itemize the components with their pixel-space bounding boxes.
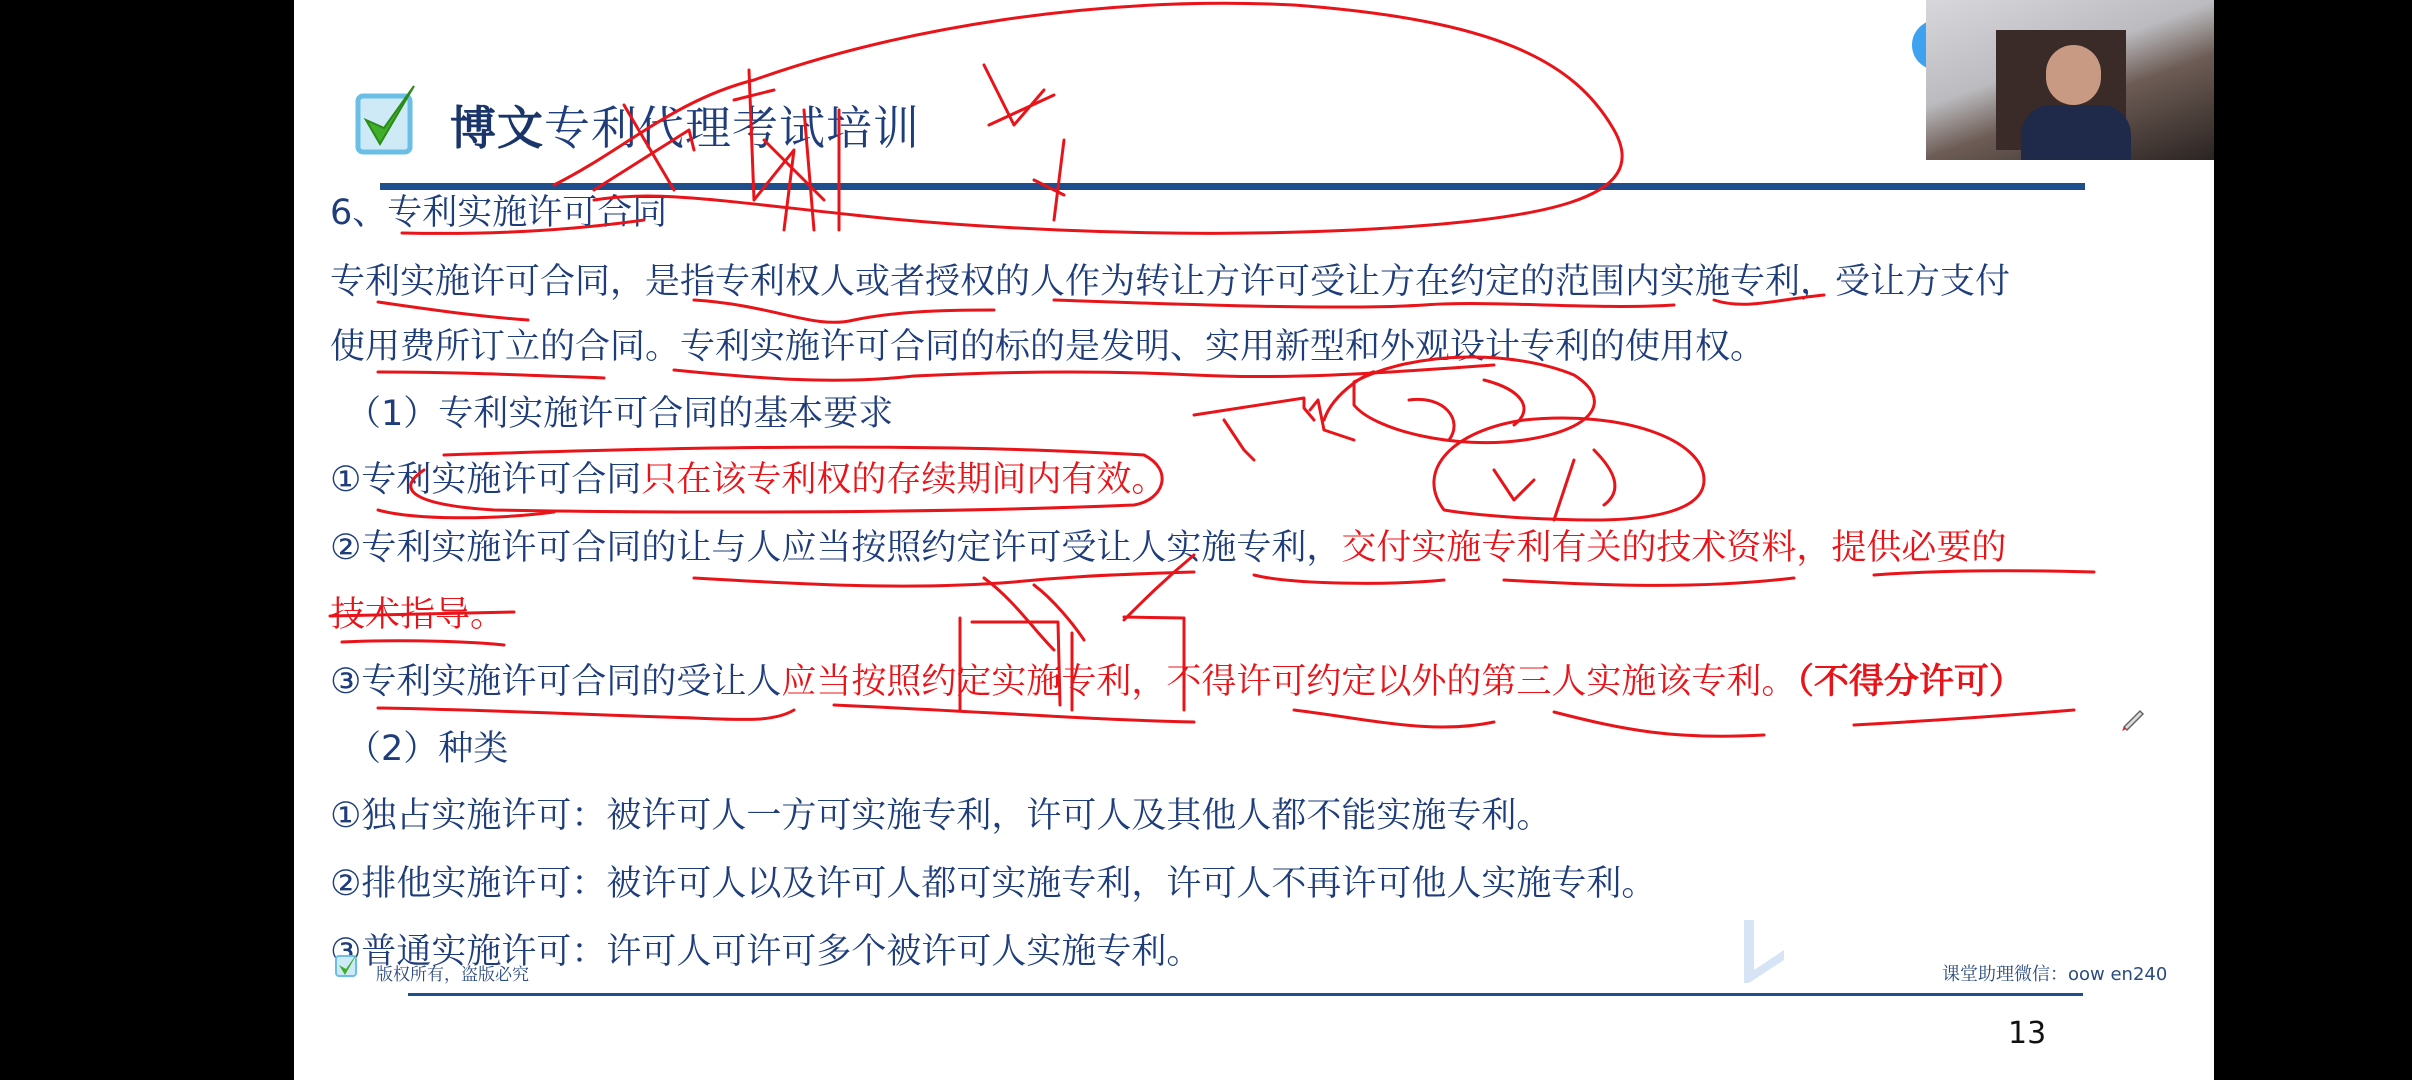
req3-note: （不得分许可）	[1796, 662, 2024, 702]
brand-title: 博文专利代理考试培训	[450, 92, 920, 158]
type-2: ②排他实施许可：被许可人以及许可人都可实施专利，许可人不再许可他人实施专利。	[330, 862, 1656, 906]
footer-divider	[408, 993, 2083, 996]
requirement-1: ①专利实施许可合同只在该专利权的存续期间内有效。	[330, 458, 1166, 502]
copyright-text: 版权所有，盗版必究	[376, 960, 529, 985]
footer-arrow-decoration-icon	[1739, 915, 1789, 985]
req2-highlight-cont: 技术指导。	[330, 595, 505, 635]
definition-line-2: 使用费所订立的合同。专利实施许可合同的标的是发明、实用新型和外观设计专利的使用权…	[330, 325, 1765, 369]
type-1: ①独占实施许可：被许可人一方可实施专利，许可人及其他人都不能实施专利。	[330, 794, 1551, 838]
requirement-3: ③专利实施许可合同的受让人应当按照约定实施专利，不得许可约定以外的第三人实施该专…	[330, 660, 2024, 704]
requirement-2: ②专利实施许可合同的让与人应当按照约定许可受让人实施专利，交付实施专利有关的技术…	[330, 526, 2006, 570]
req3-highlight: 应当按照约定实施专利，不得许可约定以外的第三人实施该专利。	[781, 662, 1796, 702]
presenter-webcam-video	[1926, 0, 2214, 160]
subsection-1-title: （1）专利实施许可合同的基本要求	[346, 392, 893, 436]
presenter-body	[2021, 105, 2131, 160]
definition-line-1: 专利实施许可合同，是指专利权人或者授权的人作为转让方许可受让方在约定的范围内实施…	[330, 260, 2010, 304]
presenter-face	[2046, 45, 2101, 105]
requirement-2-cont: 技术指导。	[330, 593, 505, 637]
pen-cursor-icon	[2120, 705, 2146, 731]
brand-rest: 专利代理考试培训	[544, 101, 920, 155]
header-divider	[380, 183, 2085, 190]
req1-highlight: 只在该专利权的存续期间内有效。	[641, 460, 1166, 500]
req2-highlight: 交付实施专利有关的技术资料，提供必要的	[1341, 528, 2006, 568]
page-number: 13	[2008, 1016, 2046, 1051]
footer-logo-icon	[334, 950, 360, 978]
subsection-2-title: （2）种类	[346, 727, 508, 771]
brand-bold: 博文	[450, 101, 544, 155]
req1-text: ①专利实施许可合同	[330, 460, 641, 500]
req2-text: ②专利实施许可合同的让与人应当按照约定许可受让人实施专利，	[330, 528, 1341, 568]
watermark-text: 课堂助理微信：oow en240	[1942, 960, 2167, 986]
checkbox-logo-icon	[354, 82, 420, 156]
req3-text: ③专利实施许可合同的受让人	[330, 662, 781, 702]
presentation-slide: 博文专利代理考试培训 6、专利实施许可合同 专利实施许可合同，是指专利权人或者授…	[294, 0, 2214, 1080]
section-title: 6、专利实施许可合同	[330, 191, 667, 235]
